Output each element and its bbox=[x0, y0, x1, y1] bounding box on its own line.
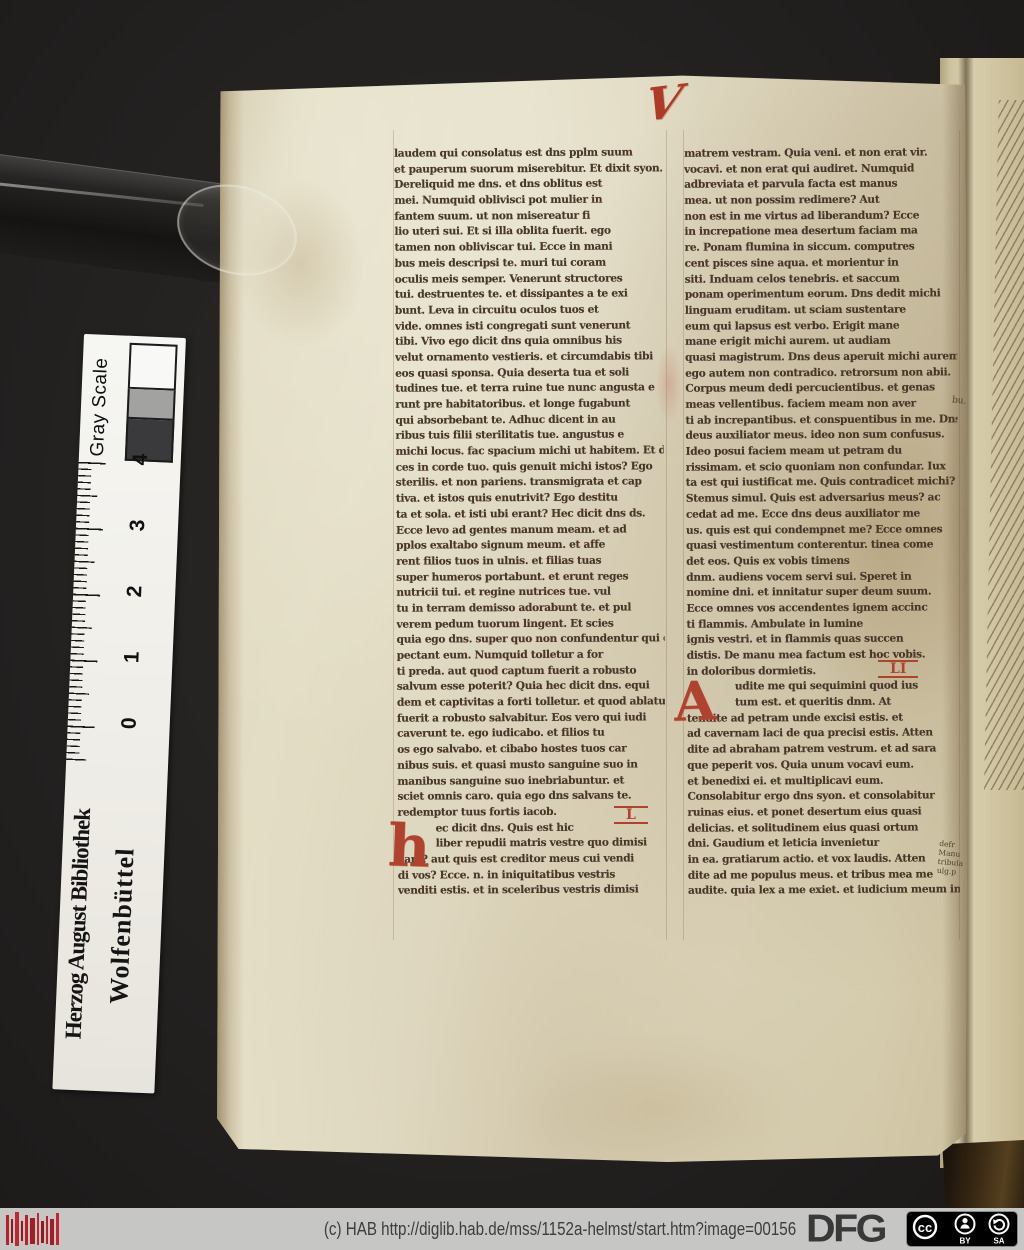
red-chapter-numeral-right: LI bbox=[878, 660, 918, 678]
manuscript-text-line: super humeros portabunt. et erunt reges bbox=[396, 569, 664, 586]
manuscript-text-line: audite. quia lex a me exiet. et iudicium… bbox=[688, 883, 960, 900]
manuscript-text-line: ti flammis. Ambulate in lumine bbox=[686, 616, 958, 633]
manuscript-text-line: ponam operimentum eorum. Dns dedit michi bbox=[685, 286, 957, 303]
manuscript-text-line: mane erigit michi aurem. ut audiam bbox=[685, 334, 957, 351]
cc-letters: cc bbox=[918, 1220, 932, 1235]
ruling-line bbox=[959, 130, 960, 940]
manuscript-text-line: venditi estis. et in sceleribus vestris … bbox=[398, 883, 666, 900]
manuscript-text-line: udite me qui sequimini quod ius bbox=[687, 679, 959, 696]
manuscript-text-line: vocavi. et non erat qui audiret. Numquid bbox=[684, 161, 956, 178]
digitized-manuscript-view: 70. V laudem qui consolatus est dns pplm… bbox=[0, 0, 1024, 1250]
manuscript-text-line: linguam eruditam. ut sciam sustentare bbox=[685, 302, 957, 319]
sa-label: SA bbox=[993, 1237, 1004, 1246]
manuscript-text-line: in increpatione mea desertum faciam ma bbox=[684, 224, 956, 241]
manuscript-text-line: tibi. Vivo ego dicit dns quia omnibus hi… bbox=[395, 334, 663, 351]
manuscript-text-line: adbreviata et parvula facta est manus bbox=[684, 177, 956, 194]
manuscript-text-line: cedat ad me. Ecce dns deus auxiliator me bbox=[686, 506, 958, 523]
patch-gray bbox=[127, 389, 176, 421]
manuscript-text-line: sterilis. et non pariens. transmigrata e… bbox=[396, 475, 664, 492]
sa-circle-icon bbox=[990, 1215, 1009, 1234]
manuscript-text-line: matrem vestram. Quia veni. et non erat v… bbox=[684, 145, 956, 162]
manuscript-text-line: verem pedum tuorum lingent. Et scies bbox=[396, 616, 664, 633]
ruler-number: 2 bbox=[123, 574, 152, 609]
pencil-folio-number: 70. bbox=[233, 79, 252, 93]
manuscript-text-line: eum qui lapsus est verbo. Erigit mane bbox=[685, 318, 957, 335]
ruler-number: 0 bbox=[117, 706, 146, 741]
manuscript-text-line: quia ego dns. super quo non confundentur… bbox=[397, 632, 665, 649]
by-person-head-icon bbox=[962, 1218, 967, 1223]
manuscript-text-line: Stemus simul. Quis est adversarius meus?… bbox=[686, 490, 958, 507]
manuscript-text-line: ignis vestri. et in flammis quas succen bbox=[687, 632, 959, 649]
manuscript-text-line: tum est. et queritis dnm. At bbox=[687, 694, 959, 711]
manuscript-text-line: re. Ponam flumina in siccum. computres bbox=[685, 239, 957, 256]
manuscript-text-line: Ecce levo ad gentes manum meam. et ad bbox=[396, 522, 664, 539]
manuscript-text-line: et pauperum suorum miserebitur. Et dixit… bbox=[394, 161, 662, 178]
manuscript-text-line: mea. ut non possim redimere? Aut bbox=[684, 192, 956, 209]
book-cover-corner bbox=[942, 1140, 1024, 1212]
manuscript-text-line: non est in me virtus ad liberandum? Ecce bbox=[684, 208, 956, 225]
text-column-right: matrem vestram. Quia veni. et non erat v… bbox=[684, 145, 960, 899]
library-name-line2: Wolfenbüttel bbox=[101, 767, 152, 1084]
manuscript-text-line: in ea. gratiarum actio. et vox laudis. A… bbox=[688, 851, 960, 868]
manuscript-text-line: ta et sola. et isti ubi erant? Hec dicit… bbox=[396, 506, 664, 523]
manuscript-text-line: det eos. Quis ex vobis timens bbox=[686, 553, 958, 570]
manuscript-text-line: dni. Gaudium et leticia invenietur bbox=[688, 836, 960, 853]
manuscript-text-line: Ideo posui faciem meam ut petram du bbox=[686, 443, 958, 460]
manuscript-text-line: oculis meis semper. Venerunt structores bbox=[395, 271, 663, 288]
parchment-stain bbox=[496, 1024, 816, 1194]
manuscript-text-line: tamen non obliviscar tui. Ecce in mani bbox=[395, 239, 663, 256]
manuscript-text-line: bunt. Leva in circuitu oculos tuos et bbox=[395, 302, 663, 319]
manuscript-page: 70. V laudem qui consolatus est dns pplm… bbox=[216, 74, 968, 1162]
patch-white bbox=[128, 343, 178, 391]
manuscript-text-line: tu in terram demisso adorabunt te. et pu… bbox=[396, 600, 664, 617]
color-control-barcode bbox=[2, 1209, 64, 1249]
red-initial-h: h bbox=[387, 816, 431, 875]
manuscript-text-line: sciet omnis caro. quia ego dns salvans t… bbox=[397, 788, 665, 805]
manuscript-text-line: rent filios tuos in ulnis. et filias tua… bbox=[396, 553, 664, 570]
gray-scale-label: Gray Scale bbox=[86, 338, 118, 477]
manuscript-text-line: deus auxiliator meus. ideo non sum confu… bbox=[686, 428, 958, 445]
manuscript-text-line: os ego salvabo. et cibabo hostes tuos ca… bbox=[397, 741, 665, 758]
manuscript-text-line: runt pre habitatoribus. et longe fugabun… bbox=[395, 396, 663, 413]
manuscript-text-line: nibus suis. et quasi musto sanguine suo … bbox=[397, 757, 665, 774]
by-person-body-icon bbox=[960, 1224, 969, 1228]
manuscript-text-line: caverunt te. ego iudicabo. et filios tu bbox=[397, 726, 665, 743]
by-label: BY bbox=[959, 1237, 971, 1246]
manuscript-text-line: nutricii tui. et regine nutrices tue. vu… bbox=[396, 585, 664, 602]
ruler-number: 4 bbox=[128, 442, 157, 477]
manuscript-text-line: liber repudii matris vestre quo dimisi bbox=[398, 836, 666, 853]
manuscript-text-line: meas vellentibus. faciem meam non aver bbox=[685, 396, 957, 413]
manuscript-text-line: manibus sanguine suo inebriabuntur. et bbox=[397, 773, 665, 790]
ruling-line bbox=[666, 130, 667, 940]
manuscript-text-line: michi locus. fac spacium michi ut habite… bbox=[396, 443, 664, 460]
gray-scale-reference-card: Gray Scale 4 3 2 1 0 Herzog August Bibli… bbox=[52, 334, 186, 1094]
manuscript-text-line: rissimam. et scio quoniam non confundar.… bbox=[686, 459, 958, 476]
ruler-number: 1 bbox=[120, 640, 149, 675]
manuscript-text-line: ta est qui iustificat me. Quis contradic… bbox=[686, 475, 958, 492]
manuscript-text-line: siti. Induam celos tenebris. et saccum bbox=[685, 271, 957, 288]
manuscript-text-line: ego autem non contradico. retrorsum non … bbox=[685, 365, 957, 382]
manuscript-text-line: tendite ad petram unde excisi estis. et bbox=[687, 710, 959, 727]
manuscript-text-line: ti preda. aut quod captum fuerit a robus… bbox=[397, 663, 665, 680]
manuscript-text-line: delicias. et solitudinem eius quasi ortu… bbox=[688, 820, 960, 837]
footer-credit-bar: (c) HAB http://diglib.hab.de/mss/1152a-h… bbox=[0, 1208, 1024, 1250]
manuscript-text-line: qui absorbebant te. Adhuc dicent in au bbox=[395, 412, 663, 429]
manuscript-text-line: cent pisces sine aqua. et morientur in bbox=[685, 255, 957, 272]
manuscript-text-line: que peperit vos. Quia unum vocavi eum. bbox=[687, 757, 959, 774]
manuscript-text-line: fantem suum. ut non misereatur fi bbox=[394, 208, 662, 225]
manuscript-text-line: dem et captivitas a forti tolletur. et q… bbox=[397, 694, 665, 711]
manuscript-text-line: ces in corde tuo. quis genuit michi isto… bbox=[396, 459, 664, 476]
creative-commons-badge: cc BY SA bbox=[906, 1211, 1018, 1247]
by-person-circle-icon bbox=[956, 1215, 975, 1234]
manuscript-text-line: Corpus meum dedi percucientibus. et gena… bbox=[685, 381, 957, 398]
manuscript-text-line: quasi vestimentum conterentur. tinea com… bbox=[686, 537, 958, 554]
manuscript-text-line: ruinas eius. et ponet desertum eius quas… bbox=[687, 804, 959, 821]
red-chapter-numeral-left: L bbox=[614, 806, 648, 824]
red-quire-mark: V bbox=[642, 74, 685, 132]
manuscript-text-line: ti ab increpantibus. et conspuentibus in… bbox=[685, 412, 957, 429]
manuscript-text-line: vide. omnes isti congregati sunt venerun… bbox=[395, 318, 663, 335]
manuscript-text-line: dite ad me populus meus. et tribus mea m… bbox=[688, 867, 960, 884]
manuscript-text-line: et benedixi ei. et multiplicavi eum. bbox=[687, 773, 959, 790]
manuscript-text-line: tiva. et istos quis enutrivit? Ego desti… bbox=[396, 490, 664, 507]
manuscript-text-line: Dereliquid me dns. et dns oblitus est bbox=[394, 177, 662, 194]
manuscript-text-line: eos quasi sponsa. Quia deserta tua et so… bbox=[395, 365, 663, 382]
manuscript-text-line: di vos? Ecce. n. in iniquitatibus vestri… bbox=[398, 867, 666, 884]
copyright-url-label: (c) HAB http://diglib.hab.de/mss/1152a-h… bbox=[324, 1218, 796, 1240]
manuscript-text-line: pectant eum. Numquid tolletur a for bbox=[397, 647, 665, 664]
manuscript-text-line: bus meis descripsi te. muri tui coram bbox=[395, 255, 663, 272]
manuscript-text-line: dite ad abraham patrem vestrum. et ad sa… bbox=[687, 741, 959, 758]
ruler-major-ticks bbox=[66, 462, 106, 763]
manuscript-text-line: quasi magistrum. Dns deus aperuit michi … bbox=[685, 349, 957, 366]
manuscript-text-line: ad cavernam laci de qua precisi estis. A… bbox=[687, 726, 959, 743]
dfg-logo: DFG bbox=[806, 1207, 885, 1247]
manuscript-text-line: salvum esse poterit? Quia hec dicit dns.… bbox=[397, 679, 665, 696]
manuscript-text-line: dnm. audiens vocem servi sui. Speret in bbox=[686, 569, 958, 586]
manuscript-text-line: tui. destruentes te. et dissipantes a te… bbox=[395, 286, 663, 303]
library-name-line1: Herzog August Bibliothek bbox=[59, 766, 108, 1083]
ruler-number: 3 bbox=[125, 508, 154, 543]
manuscript-text-line: mei. Numquid oblivisci pot mulier in bbox=[394, 192, 662, 209]
manuscript-text-line: nomine dni. et innitatur super deum suum… bbox=[686, 585, 958, 602]
manuscript-text-line: tudines tue. et terra ruine tue nunc ang… bbox=[395, 381, 663, 398]
manuscript-text-line: ribus tuis filii sterilitatis tue. angus… bbox=[396, 428, 664, 445]
margin-gloss: defrManutribulaulg.p bbox=[937, 839, 1012, 881]
manuscript-text-line: us. quis est qui condempnet me? Ecce omn… bbox=[686, 522, 958, 539]
cc-by-sa-icons: cc BY SA bbox=[907, 1212, 1017, 1246]
text-column-left: laudem qui consolatus est dns pplm suume… bbox=[394, 145, 666, 899]
manuscript-text-line: Ecce omnes vos accendentes ignem accinc bbox=[686, 600, 958, 617]
manuscript-text-line: fuerit a robusto salvabitur. Eos vero qu… bbox=[397, 710, 665, 727]
margin-note: bu. bbox=[952, 395, 967, 406]
ruler-ticks bbox=[66, 462, 109, 763]
manuscript-text-line: pplos exaltabo signum meum. et affe bbox=[396, 537, 664, 554]
manuscript-text-line: lio uteri sui. Et si illa oblita fuerit.… bbox=[394, 224, 662, 241]
manuscript-text-line: velut ornamento vestieris. et circumdabi… bbox=[395, 349, 663, 366]
copyright-url-text: (c) HAB http://diglib.hab.de/mss/1152a-h… bbox=[270, 1208, 850, 1250]
red-initial-a: A bbox=[673, 673, 717, 728]
manuscript-text-line: Consolabitur ergo dns syon. et consolabi… bbox=[687, 788, 959, 805]
manuscript-text-line: eam? aut quis est creditor meus cui vend… bbox=[398, 851, 666, 868]
manuscript-text-line: laudem qui consolatus est dns pplm suum bbox=[394, 145, 662, 162]
